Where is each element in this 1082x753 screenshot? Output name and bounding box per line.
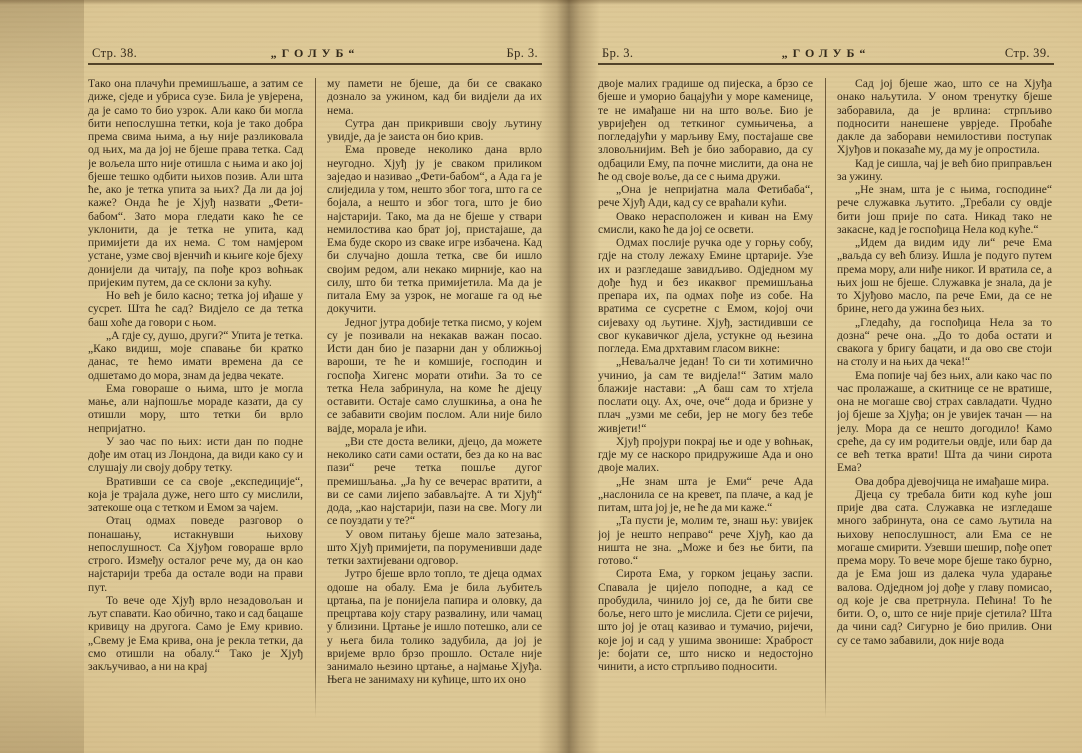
page-edges-left [0, 0, 84, 753]
paragraph: „А гдје су, душо, други?“ Упита је тетка… [88, 329, 303, 382]
text-columns-left-page: Тако она плачући премишљаше, а затим се … [86, 77, 544, 727]
paragraph: „Идем да видим иду ли“ рече Ема „ваљда с… [837, 236, 1052, 316]
paragraph: Ема попије чај без њих, али како час по … [837, 369, 1052, 475]
running-title: „ГОЛУБ“ [782, 46, 871, 61]
paragraph: „Та пусти је, молим те, знаш њу: увијек … [598, 514, 813, 567]
paragraph: Сутра дан прикривши своју љутину увидје,… [327, 117, 542, 144]
page-header-right: Бр. 3. „ГОЛУБ“ Стр. 39. [598, 46, 1054, 65]
paragraph: двоје малих градише од пијеска, а брзо с… [598, 77, 813, 183]
text-columns-right-page: двоје малих градише од пијеска, а брзо с… [596, 77, 1056, 727]
paragraph: Одмах послије ручка оде у горњу собу, гд… [598, 236, 813, 355]
paragraph: „Гледаћу, да госпођица Нела за то дозна“… [837, 316, 1052, 369]
paragraph: „Не знам шта је Еми“ рече Ада „наслонила… [598, 475, 813, 515]
text-column-3: двоје малих градише од пијеска, а брзо с… [598, 77, 813, 727]
paragraph: Дјеца су требала бити код куће још прије… [837, 488, 1052, 647]
page-39: Бр. 3. „ГОЛУБ“ Стр. 39. двоје малих град… [596, 0, 1056, 753]
text-column-1: Тако она плачући премишљаше, а затим се … [88, 77, 303, 727]
paragraph: Сад јој бјеше жао, што се на Хјуђа онако… [837, 77, 1052, 157]
page-header-left: Стр. 38. „ГОЛУБ“ Бр. 3. [88, 46, 542, 65]
paragraph: То вече оде Хјуђ врло незадовољан и љут … [88, 594, 303, 674]
book-spread-scan: Стр. 38. „ГОЛУБ“ Бр. 3. Тако она плачући… [0, 0, 1082, 753]
text-column-2: му памети не бјеше, да би се свакако доз… [327, 77, 542, 727]
paragraph: Тако она плачући премишљаше, а затим се … [88, 77, 303, 289]
paragraph: „Ви сте доста велики, дјецо, да можете н… [327, 435, 542, 528]
paragraph: Овако нерасположен и киван на Ему смисли… [598, 210, 813, 237]
column-divider [825, 78, 826, 718]
paragraph: Отац одмах поведе разговор о понашању, и… [88, 514, 303, 594]
page-number-label: Стр. 38. [92, 46, 137, 61]
paragraph: Јутро бјеше врло топло, те дјеца одмах о… [327, 567, 542, 686]
issue-number-label: Бр. 3. [602, 46, 633, 61]
paragraph: Хјуђ пројури покрај ње и оде у воћњак, г… [598, 435, 813, 475]
paragraph: Вративши се са своје „експедиције“, која… [88, 475, 303, 515]
page-number-label: Стр. 39. [1005, 46, 1050, 61]
paragraph: Ова добра дјевојчица не имађаше мира. [837, 475, 1052, 488]
column-divider [315, 78, 316, 718]
paragraph: му памети не бјеше, да би се свакако доз… [327, 77, 542, 117]
paragraph: Кад је сишла, чај је већ био приправљен … [837, 157, 1052, 184]
paragraph: У зао час по њих: исти дан по подне дође… [88, 435, 303, 475]
paragraph: Ема говораше о њима, што је могла мање, … [88, 382, 303, 435]
text-column-4: Сад јој бјеше жао, што се на Хјуђа онако… [837, 77, 1052, 727]
paragraph: Сирота Ема, у горком јецању заспи. Спава… [598, 567, 813, 673]
issue-number-label: Бр. 3. [507, 46, 538, 61]
page-38: Стр. 38. „ГОЛУБ“ Бр. 3. Тако она плачући… [86, 0, 544, 753]
paragraph: „Она је непријатна мала Фетибаба“, рече … [598, 183, 813, 210]
binding-gutter [538, 0, 600, 753]
paragraph: Ема проведе неколико дана врло неугодно.… [327, 143, 542, 315]
paragraph: Једног јутра добије тетка писмо, у којем… [327, 316, 542, 435]
running-title: „ГОЛУБ“ [271, 46, 360, 61]
paragraph: „Не знам, шта је с њима, господине“ рече… [837, 183, 1052, 236]
paragraph: Но већ је било касно; тетка јој иђаше у … [88, 289, 303, 329]
paragraph: „Неваљалче један! То си ти хотимично учи… [598, 355, 813, 435]
paragraph: У овом питању бјеше мало затезања, што Х… [327, 528, 542, 568]
